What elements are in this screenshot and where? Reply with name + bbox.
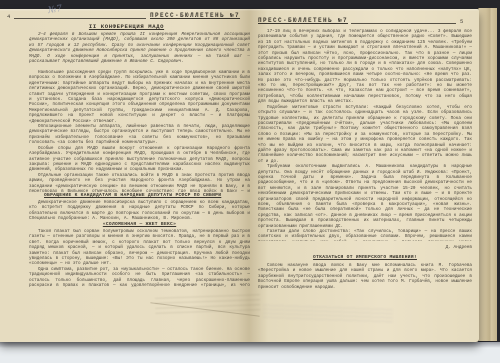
bulletin-page-left: 4 №7 ПРЕСС-БЮЛЛЕТЕНЬ №7 II КОНФЕРЕНЦИЯ М… [0, 9, 253, 342]
right-signature: Д. Андреев [258, 245, 472, 250]
open-bulletin-paper: 4 №7 ПРЕСС-БЮЛЛЕТЕНЬ №7 II КОНФЕРЕНЦИЯ М… [0, 9, 479, 342]
page-edge-stack [478, 8, 497, 341]
article-title: II КОНФЕРЕНЦИЯ МАДО [0, 23, 253, 30]
right-body-text: 17-19 лиц в вечерних выборах и телеграмм… [258, 29, 472, 241]
header-rule-left [14, 18, 146, 19]
scanned-bulletin-spread: 4 №7 ПРЕСС-БЮЛЛЕТЕНЬ №7 II КОНФЕРЕНЦИЯ М… [0, 0, 500, 363]
bulletin-header-right: ПРЕСС-БЮЛЛЕТЕНЬ №7 [258, 17, 348, 24]
section1-signature: Специально подобранные: А. Манохин, А. М… [29, 216, 250, 221]
header-rule-right [351, 23, 456, 24]
section-heading-obrashchenie: ОБРАЩЕНИЕ К КАНДИДАТАМ В НАРОДНЫЕ ДЕПУТА… [44, 193, 249, 198]
section2-body: Такой плакат был сорван полуметровым оск… [29, 229, 250, 287]
bulletin-header-left: ПРЕСС-БЮЛЛЕТЕНЬ №7 [150, 12, 240, 19]
section1-body: Демократическое движение Новосибирска вы… [29, 200, 250, 215]
page-number-left: 4 [7, 13, 10, 20]
page-number-right: 5 [460, 18, 463, 25]
right-section-body: Совсем накануне ввода войск в Баку мне в… [258, 263, 472, 293]
bulletin-page-right: ПРЕСС-БЮЛЛЕТЕНЬ №7 5 17-19 лиц в вечерни… [253, 9, 479, 342]
ink-bleed-smudge-right [263, 302, 393, 323]
section-heading-solomennaya: «СОЛОМЕННАЯ — ЖЖЕТ ВЕКС» [29, 222, 250, 227]
left-body-text: Наибольшие расхождения среди групп вскры… [29, 70, 250, 192]
handwritten-note: №7 [47, 4, 63, 16]
lead-paragraph: 2—4 февраля в Большом кремле прошла II к… [29, 32, 250, 70]
scanner-bed-strip [0, 342, 500, 363]
section-heading-imperskoe: ОТКАЗАТЬСЯ ОТ ИМПЕРСКОГО МЫШЛЕНИЯ! [258, 255, 472, 260]
